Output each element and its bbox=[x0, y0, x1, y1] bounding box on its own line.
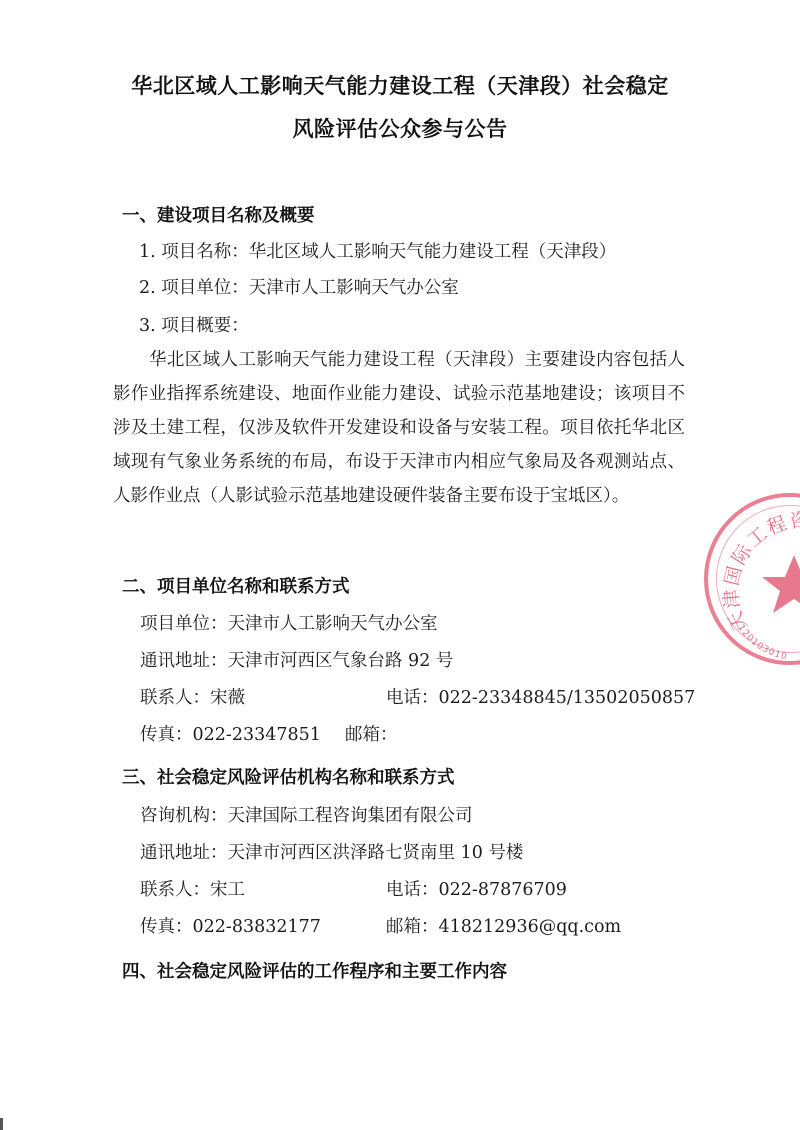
item-value: 华北区域人工影响天气能力建设工程（天津段） bbox=[249, 242, 617, 262]
phone-row: 电话：022-23348845/13502050857 bbox=[386, 684, 695, 709]
item-project-summary: 3. 项目概要： bbox=[139, 312, 249, 337]
field-value: 天津国际工程咨询集团有限公司 bbox=[228, 806, 473, 826]
document-title-line-2: 风险评估公众参与公告 bbox=[0, 113, 800, 143]
field-label: 邮箱： bbox=[386, 917, 439, 937]
agency-email-row: 邮箱：418212936@qq.com bbox=[386, 913, 621, 938]
field-label: 邮箱： bbox=[345, 725, 398, 745]
section-4-heading: 四、社会稳定风险评估的工作程序和主要工作内容 bbox=[122, 958, 507, 983]
item-label: 1. 项目名称： bbox=[139, 242, 249, 262]
field-value: 天津市河西区气象台路 92 号 bbox=[228, 651, 454, 671]
field-value: 022-23348845/13502050857 bbox=[439, 688, 696, 708]
item-value: 天津市人工影响天气办公室 bbox=[249, 278, 459, 298]
seal-number: 120103010 bbox=[735, 623, 788, 662]
agency-contact-row: 联系人：宋工 bbox=[140, 876, 245, 901]
scan-edge-mark bbox=[0, 1118, 3, 1130]
item-label: 3. 项目概要： bbox=[139, 316, 249, 336]
field-value: 022-87876709 bbox=[439, 880, 567, 900]
item-project-name: 1. 项目名称：华北区域人工影响天气能力建设工程（天津段） bbox=[139, 238, 616, 263]
field-value: 宋薇 bbox=[210, 688, 245, 708]
svg-text:120103010: 120103010 bbox=[735, 623, 788, 662]
field-label: 咨询机构： bbox=[140, 806, 228, 826]
agency-address-row: 通讯地址：天津市河西区洪泽路七贤南里 10 号楼 bbox=[140, 839, 523, 864]
email-row: 邮箱： bbox=[345, 721, 398, 746]
field-value: 天津市河西区洪泽路七贤南里 10 号楼 bbox=[228, 843, 524, 863]
field-value: 022-23347851 bbox=[193, 725, 321, 745]
field-label: 传真： bbox=[140, 917, 193, 937]
seal-graphics: 天津国际工程咨询 120103010 bbox=[708, 497, 800, 669]
project-unit-row: 项目单位：天津市人工影响天气办公室 bbox=[140, 610, 438, 635]
contact-row: 联系人：宋薇 bbox=[140, 684, 245, 709]
field-value: 022-83832177 bbox=[193, 917, 321, 937]
field-label: 传真： bbox=[140, 725, 193, 745]
company-seal: 天津国际工程咨询 120103010 bbox=[704, 493, 800, 665]
section-2-heading: 二、项目单位名称和联系方式 bbox=[122, 573, 350, 598]
field-label: 通讯地址： bbox=[140, 843, 228, 863]
field-label: 联系人： bbox=[140, 880, 210, 900]
field-label: 项目单位： bbox=[140, 614, 228, 634]
section-1-heading: 一、建设项目名称及概要 bbox=[122, 202, 315, 227]
document-title-line-1: 华北区域人工影响天气能力建设工程（天津段）社会稳定 bbox=[0, 70, 800, 100]
field-value: 宋工 bbox=[210, 880, 245, 900]
agency-phone-row: 电话：022-87876709 bbox=[386, 876, 567, 901]
address-row: 通讯地址：天津市河西区气象台路 92 号 bbox=[140, 647, 453, 672]
project-summary-paragraph: 华北区域人工影响天气能力建设工程（天津段）主要建设内容包括人影作业指挥系统建设、… bbox=[113, 343, 685, 513]
field-label: 通讯地址： bbox=[140, 651, 228, 671]
fax-row: 传真：022-23347851 bbox=[140, 721, 321, 746]
field-value: 418212936@qq.com bbox=[439, 917, 622, 937]
star-icon bbox=[762, 555, 800, 613]
field-label: 联系人： bbox=[140, 688, 210, 708]
section-3-heading: 三、社会稳定风险评估机构名称和联系方式 bbox=[122, 764, 455, 789]
agency-fax-row: 传真：022-83832177 bbox=[140, 913, 321, 938]
field-value: 天津市人工影响天气办公室 bbox=[228, 614, 438, 634]
document-page: 华北区域人工影响天气能力建设工程（天津段）社会稳定 风险评估公众参与公告 一、建… bbox=[0, 0, 800, 1130]
item-label: 2. 项目单位： bbox=[139, 278, 249, 298]
field-label: 电话： bbox=[386, 688, 439, 708]
field-label: 电话： bbox=[386, 880, 439, 900]
item-project-unit: 2. 项目单位：天津市人工影响天气办公室 bbox=[139, 274, 459, 299]
agency-row: 咨询机构：天津国际工程咨询集团有限公司 bbox=[140, 802, 473, 827]
